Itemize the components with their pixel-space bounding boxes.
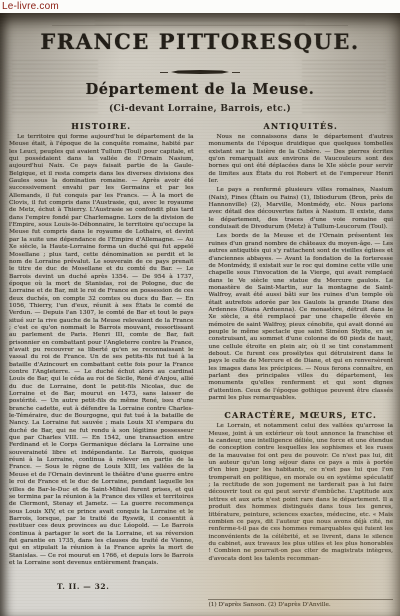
footnote-rule xyxy=(208,599,393,600)
footnotes-block: (1) D'après Sanson. (2) D'après D'Anvill… xyxy=(208,597,393,608)
watermark-text: Le-livre.com xyxy=(2,0,59,13)
section-heading-histoire: HISTOIRE. xyxy=(9,121,194,131)
scanned-book-page: FRANCE PITTORESQUE. Département de la Me… xyxy=(0,13,400,616)
antiquites-paragraph-3: Les bords de la Meuse et de l'Ornain pré… xyxy=(208,233,393,402)
ink-bleedthrough-top xyxy=(95,16,305,25)
footnote-text: (1) D'après Sanson. (2) D'après D'Anvill… xyxy=(208,602,330,608)
divider-tick-right xyxy=(232,72,240,73)
column-right: ANTIQUITÉS. Nous ne connaissons dans le … xyxy=(201,119,393,608)
ornament-divider xyxy=(0,70,400,74)
caractere-paragraph: Le Lorrain, et notamment celui des vallé… xyxy=(208,423,393,563)
section-heading-antiquites: ANTIQUITÉS. xyxy=(208,121,393,131)
page-subtitle: (Ci-devant Lorraine, Barrois, etc.) xyxy=(0,104,400,114)
section-heading-caractere: CARACTÈRE, MŒURS, ETC. xyxy=(208,410,393,420)
histoire-paragraph: Le territoire qui forme aujourd'hui le d… xyxy=(9,134,194,567)
divider-lens xyxy=(171,70,229,74)
column-left: HISTOIRE. Le territoire qui forme aujour… xyxy=(9,119,201,608)
masthead-title: FRANCE PITTORESQUE. xyxy=(0,29,400,54)
antiquites-paragraph-1: Nous ne connaissons dans le département … xyxy=(208,134,393,185)
text-columns: HISTOIRE. Le territoire qui forme aujour… xyxy=(9,119,393,608)
divider-tick-left xyxy=(160,72,168,73)
signature-mark: T. II. — 32. xyxy=(57,582,194,591)
antiquites-paragraph-2: Le pays a renfermé plusieurs villes roma… xyxy=(208,187,393,231)
watermark-bar: Le-livre.com xyxy=(0,0,400,13)
screenshot-root: Le-livre.com FRANCE PITTORESQUE. Départe… xyxy=(0,0,400,616)
page-title: Département de la Meuse. xyxy=(0,81,400,98)
